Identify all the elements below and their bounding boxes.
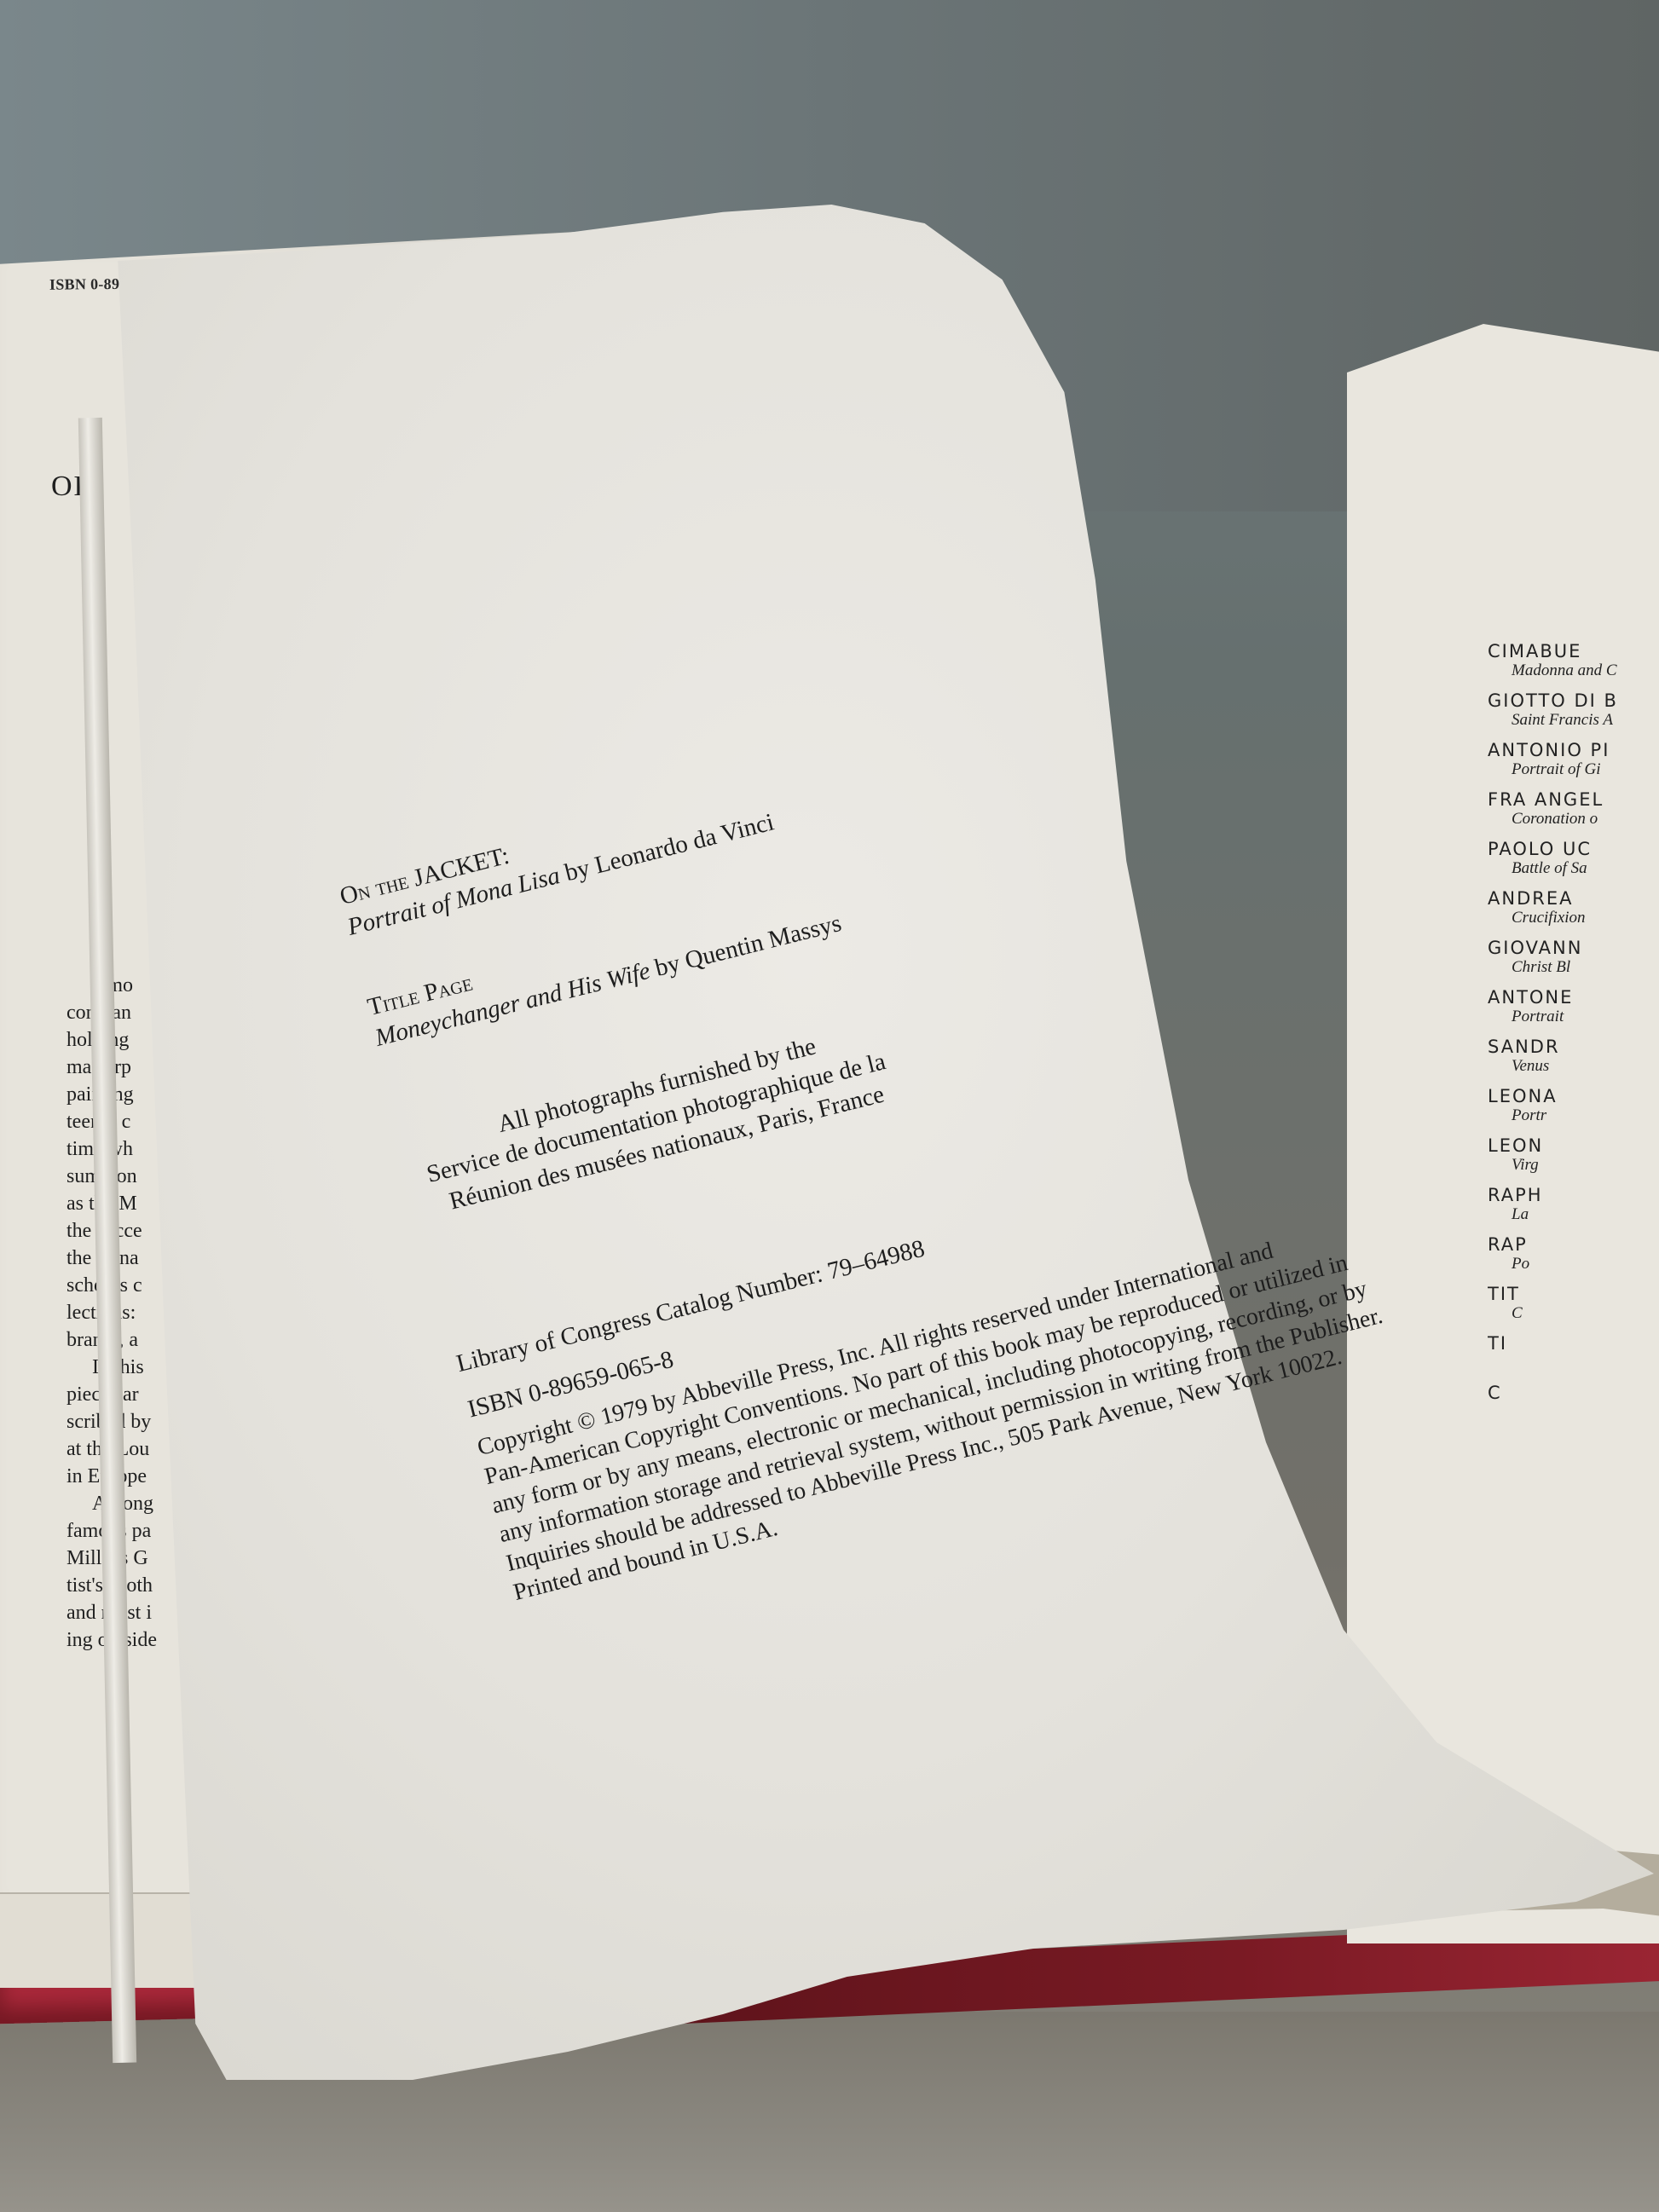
artist-name: SANDR [1488,1037,1659,1057]
artist-name: LEONA [1488,1086,1659,1106]
work-title: Venus [1488,1057,1659,1076]
artist-name: FRA ANGEL [1488,789,1659,810]
contents-entry: LEONVirg [1488,1135,1659,1185]
contents-entry: ANTONEPortrait [1488,987,1659,1037]
contents-entry: GIOVANNChrist Bl [1488,938,1659,987]
contents-entry: SANDRVenus [1488,1037,1659,1086]
artist-name: LEON [1488,1135,1659,1156]
contents-entry: ANTONIO PIPortrait of Gi [1488,740,1659,789]
contents-entry: CIMABUEMadonna and C [1488,641,1659,690]
contents-entry: C [1488,1383,1659,1432]
work-title: Portrait [1488,1008,1659,1026]
contents-entry: ANDREACrucifixion [1488,888,1659,938]
work-title: Coronation o [1488,810,1659,829]
work-title: Madonna and C [1488,661,1659,680]
artist-name: ANDREA [1488,888,1659,909]
work-title: Portrait of Gi [1488,760,1659,779]
work-title: Battle of Sa [1488,859,1659,878]
work-title: Portr [1488,1106,1659,1125]
work-title: Christ Bl [1488,958,1659,977]
contents-entry: PAOLO UCBattle of Sa [1488,839,1659,888]
artist-name: ANTONIO PI [1488,740,1659,760]
blurb-line: tist's Moth [66,1572,194,1599]
work-title: Saint Francis A [1488,711,1659,730]
contents-entry: GIOTTO DI BSaint Francis A [1488,690,1659,740]
work-title: Virg [1488,1156,1659,1175]
contents-entry: LEONAPortr [1488,1086,1659,1135]
artist-name: CIMABUE [1488,641,1659,661]
contents-entry: FRA ANGELCoronation o [1488,789,1659,839]
work-title: Crucifixion [1488,909,1659,927]
artist-name: ANTONE [1488,987,1659,1008]
blurb-line: ing outside [66,1626,194,1654]
artist-name: PAOLO UC [1488,839,1659,859]
artist-name: C [1488,1383,1659,1403]
artist-name: GIOTTO DI B [1488,690,1659,711]
blurb-line: and most i [66,1599,194,1626]
artist-name: GIOVANN [1488,938,1659,958]
